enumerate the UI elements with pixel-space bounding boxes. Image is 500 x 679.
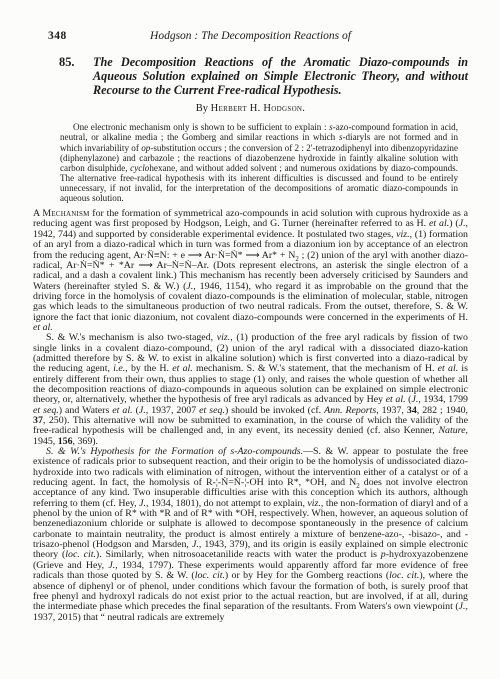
- text-run: cyclo: [130, 163, 149, 173]
- text-run: et al.: [172, 363, 193, 374]
- text-run: mechanism. S. & W.'s statement, that the…: [193, 363, 438, 374]
- text-run: et al.: [429, 218, 449, 229]
- paragraph-2: S. & W.'s mechanism is also two-staged, …: [33, 333, 468, 447]
- text-run: , 1937,: [376, 405, 407, 416]
- text-run: Nature: [438, 425, 465, 436]
- text-run: J.: [139, 498, 146, 509]
- running-title: Hodgson : The Decomposition Reactions of: [150, 30, 351, 42]
- paragraph-3: S. & W.'s Hypothesis for the Formation o…: [33, 447, 468, 623]
- text-run: et al.: [386, 394, 406, 405]
- text-run: viz.: [217, 332, 230, 343]
- abstract: One electronic mechanism only is shown t…: [60, 122, 458, 203]
- text-run: Mechanism: [42, 208, 89, 219]
- text-run: J.: [459, 218, 466, 229]
- text-run: , 1934, 1799: [418, 394, 468, 405]
- article-title-block: 85. The Decomposition Reactions of the A…: [33, 56, 468, 97]
- text-run: J.: [459, 601, 466, 612]
- text-run: et seq.: [199, 405, 225, 416]
- page-header: 348 Hodgson : The Decomposition Reaction…: [33, 30, 468, 43]
- text-run: , 1934, 1801), do not attempt to explain…: [146, 498, 307, 509]
- text-run: , 1937, 2007: [146, 405, 199, 416]
- text-run: J.: [139, 405, 146, 416]
- text-run: loc. cit.: [195, 570, 225, 581]
- text-run: 37: [33, 415, 43, 426]
- text-run: , 250). This alternative will now be sub…: [33, 415, 468, 436]
- text-run: ). Similarly, when nitrosoacetanilide re…: [96, 549, 381, 560]
- article-title: The Decomposition Reactions of the Aroma…: [93, 56, 468, 97]
- text-run: et al.: [438, 363, 459, 374]
- page-number: 348: [48, 30, 67, 43]
- paragraph-1: A Mechanism for the formation of symmetr…: [33, 209, 468, 333]
- text-run: J.: [192, 539, 199, 550]
- text-run: 156: [58, 436, 73, 447]
- page-content: 348 Hodgson : The Decomposition Reaction…: [0, 0, 500, 623]
- text-run: ) and Waters: [59, 405, 113, 416]
- text-run: loc. cit.: [65, 549, 96, 560]
- text-run: 34: [407, 405, 417, 416]
- text-run: S. & W.'s Hypothesis for the Formation o…: [46, 446, 303, 457]
- text-run: i.e.: [113, 363, 125, 374]
- text-run: A: [33, 208, 42, 219]
- text-run: et al.: [33, 322, 53, 333]
- text-run: for the formation of symmetrical azo-com…: [33, 208, 468, 229]
- body-text: A Mechanism for the formation of symmetr…: [33, 209, 468, 623]
- text-run: , by the H.: [125, 363, 172, 374]
- text-run: ) (: [449, 218, 458, 229]
- text-run: One electronic mechanism only is shown t…: [73, 122, 329, 132]
- author-name: Herbert H. Hodgson.: [211, 103, 306, 114]
- byline: By Herbert H. Hodgson.: [33, 103, 468, 114]
- text-run: , 369).: [73, 436, 99, 447]
- text-run: , 282 ; 1940,: [417, 405, 468, 416]
- text-run: Ann. Reports: [324, 405, 376, 416]
- text-run: viz.: [396, 229, 409, 240]
- byline-prefix: By: [196, 103, 211, 114]
- text-run: et al.: [112, 405, 132, 416]
- text-run: op: [141, 143, 150, 153]
- text-run: ) or by Hey for the Gomberg reactions (: [225, 570, 389, 581]
- article-number: 85.: [33, 56, 93, 97]
- journal-page: 348 Hodgson : The Decomposition Reaction…: [0, 0, 500, 679]
- text-run: viz.: [307, 498, 320, 509]
- text-run: loc. cit.: [389, 570, 419, 581]
- text-run: et seq.: [33, 405, 59, 416]
- text-run: ) should be invoked (cf.: [225, 405, 324, 416]
- text-run: S. & W.'s mechanism is also two-staged,: [46, 332, 217, 343]
